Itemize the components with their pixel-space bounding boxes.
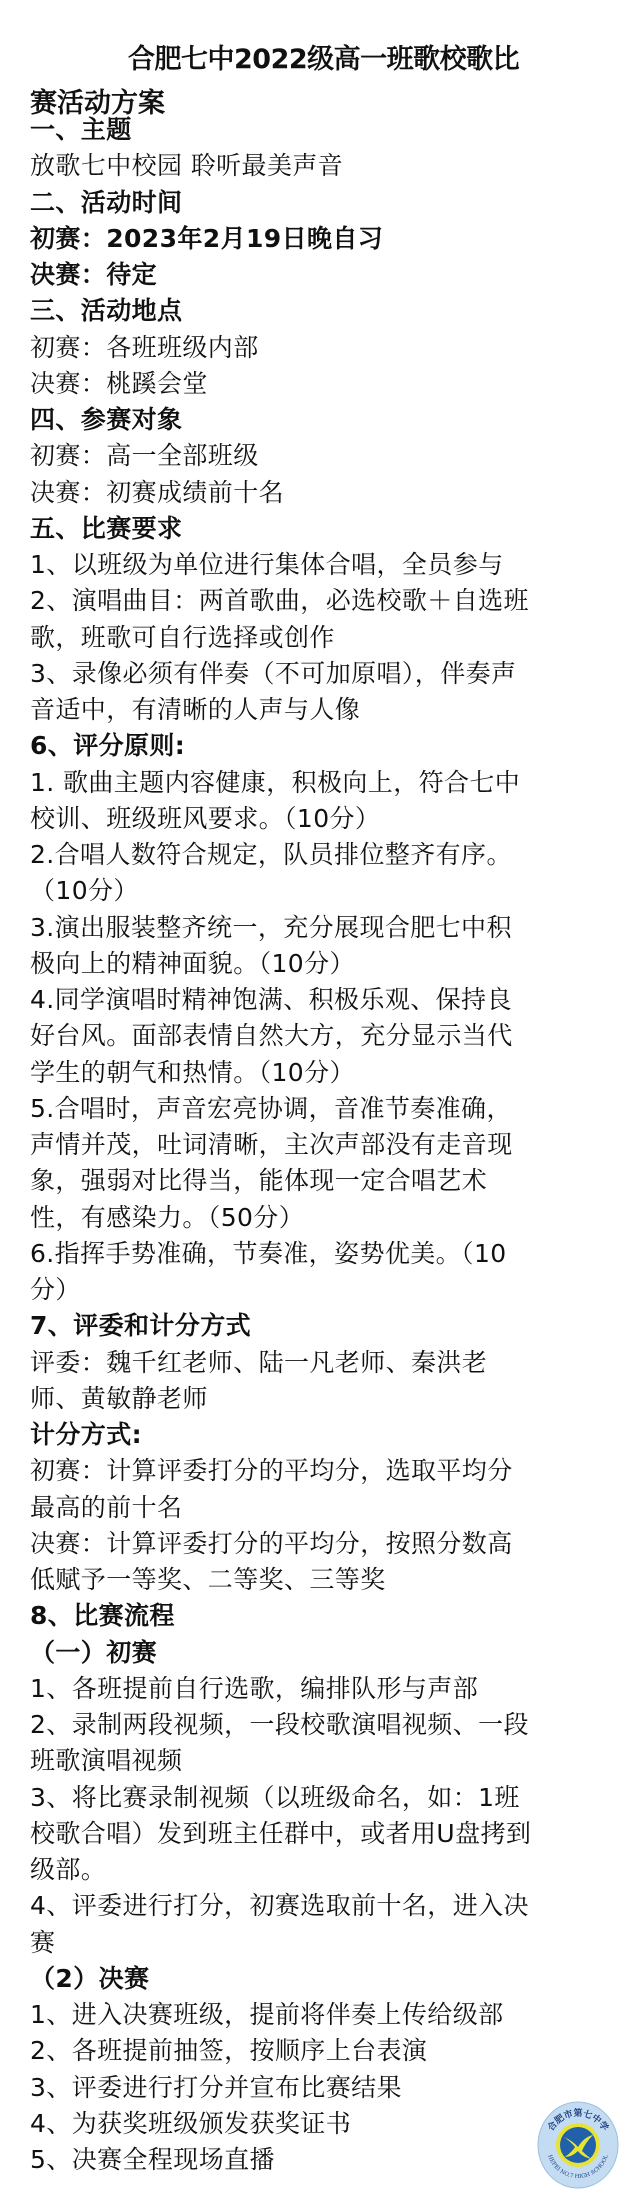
text-line: 极向上的精神面貌。（10分） bbox=[30, 946, 531, 982]
text-line: 6.指挥手势准确，节奏准，姿势优美。（10 bbox=[30, 1236, 531, 1272]
text-line: 决赛：桃蹊会堂 bbox=[30, 366, 531, 402]
text-line: 学生的朝气和热情。（10分） bbox=[30, 1055, 531, 1091]
text-line: 初赛：各班班级内部 bbox=[30, 330, 531, 366]
section-heading: 7、评委和计分方式 bbox=[30, 1308, 531, 1344]
text-line: 级部。 bbox=[30, 1852, 531, 1888]
text-line: 好台风。面部表情自然大方，充分显示当代 bbox=[30, 1018, 531, 1054]
text-line: 初赛：计算评委打分的平均分，选取平均分 bbox=[30, 1453, 531, 1489]
text-line: 班歌演唱视频 bbox=[30, 1743, 531, 1779]
text-line: 低赋予一等奖、二等奖、三等奖 bbox=[30, 1562, 531, 1598]
section-heading: 四、参赛对象 bbox=[30, 402, 531, 438]
text-line: 4、为获奖班级颁发获奖证书 bbox=[30, 2106, 531, 2142]
text-line: 2、演唱曲目：两首歌曲，必选校歌＋自选班 bbox=[30, 583, 531, 619]
text-line: 最高的前十名 bbox=[30, 1490, 531, 1526]
text-line: 2、各班提前抽签，按顺序上台表演 bbox=[30, 2033, 531, 2069]
text-line: 音适中，有清晰的人声与人像 bbox=[30, 692, 531, 728]
text-line: 1、各班提前自行选歌，编排队形与声部 bbox=[30, 1671, 531, 1707]
text-line: 评委：魏千红老师、陆一凡老师、秦洪老 bbox=[30, 1345, 531, 1381]
text-line: 4、评委进行打分，初赛选取前十名，进入决 bbox=[30, 1888, 531, 1924]
section-heading: 6、评分原则: bbox=[30, 728, 531, 764]
text-line: 1. 歌曲主题内容健康，积极向上，符合七中 bbox=[30, 765, 531, 801]
text-line: 3.演出服装整齐统一，充分展现合肥七中积 bbox=[30, 910, 531, 946]
section-heading: 初赛：2023年2月19日晚自习 bbox=[30, 221, 531, 257]
text-line: 性，有感染力。（50分） bbox=[30, 1200, 531, 1236]
section-heading: 一、主题 bbox=[30, 112, 531, 148]
text-line: 校歌合唱）发到班主任群中，或者用U盘拷到 bbox=[30, 1816, 531, 1852]
text-line: 2.合唱人数符合规定，队员排位整齐有序。 bbox=[30, 837, 531, 873]
text-line: 3、评委进行打分并宣布比赛结果 bbox=[30, 2070, 531, 2106]
school-logo: 合肥市第七中学 HEFEI NO.7 HIGH SCHOOL bbox=[537, 2097, 619, 2189]
text-line: 声情并茂，吐词清晰，主次声部没有走音现 bbox=[30, 1127, 531, 1163]
text-line: 分） bbox=[30, 1272, 531, 1308]
section-heading: 计分方式: bbox=[30, 1417, 531, 1453]
text-line: 5.合唱时，声音宏亮协调，音准节奏准确， bbox=[30, 1091, 531, 1127]
text-line: 决赛：初赛成绩前十名 bbox=[30, 475, 531, 511]
section-heading: 五、比赛要求 bbox=[30, 511, 531, 547]
section-heading: 二、活动时间 bbox=[30, 185, 531, 221]
section-heading: 8、比赛流程 bbox=[30, 1598, 531, 1634]
document-title-line1: 合肥七中2022级高一班歌校歌比 bbox=[128, 42, 519, 78]
text-line: 师、黄敏静老师 bbox=[30, 1381, 531, 1417]
text-line: 象，强弱对比得当，能体现一定合唱艺术 bbox=[30, 1163, 531, 1199]
section-heading: 决赛：待定 bbox=[30, 257, 531, 293]
text-line: 初赛：高一全部班级 bbox=[30, 438, 531, 474]
text-line: （10分） bbox=[30, 873, 531, 909]
text-line: 4.同学演唱时精神饱满、积极乐观、保持良 bbox=[30, 982, 531, 1018]
text-line: 3、录像必须有伴奏（不可加原唱），伴奏声 bbox=[30, 656, 531, 692]
text-line: 1、进入决赛班级，提前将伴奏上传给级部 bbox=[30, 1997, 531, 2033]
section-heading: 三、活动地点 bbox=[30, 293, 531, 329]
text-line: 5、决赛全程现场直播 bbox=[30, 2142, 531, 2178]
text-line: 1、以班级为单位进行集体合唱，全员参与 bbox=[30, 547, 531, 583]
text-line: 2、录制两段视频，一段校歌演唱视频、一段 bbox=[30, 1707, 531, 1743]
text-line: 3、将比赛录制视频（以班级命名，如：1班 bbox=[30, 1780, 531, 1816]
document-body: 一、主题放歌七中校园 聆听最美声音二、活动时间初赛：2023年2月19日晚自习决… bbox=[30, 112, 531, 2178]
text-line: 决赛：计算评委打分的平均分，按照分数高 bbox=[30, 1526, 531, 1562]
text-line: 放歌七中校园 聆听最美声音 bbox=[30, 148, 531, 184]
text-line: 歌，班歌可自行选择或创作 bbox=[30, 620, 531, 656]
section-heading: （一）初赛 bbox=[30, 1635, 531, 1671]
text-line: 赛 bbox=[30, 1925, 531, 1961]
school-emblem-icon: 合肥市第七中学 HEFEI NO.7 HIGH SCHOOL bbox=[537, 2097, 619, 2189]
section-heading: （2）决赛 bbox=[30, 1961, 531, 1997]
text-line: 校训、班级班风要求。（10分） bbox=[30, 801, 531, 837]
